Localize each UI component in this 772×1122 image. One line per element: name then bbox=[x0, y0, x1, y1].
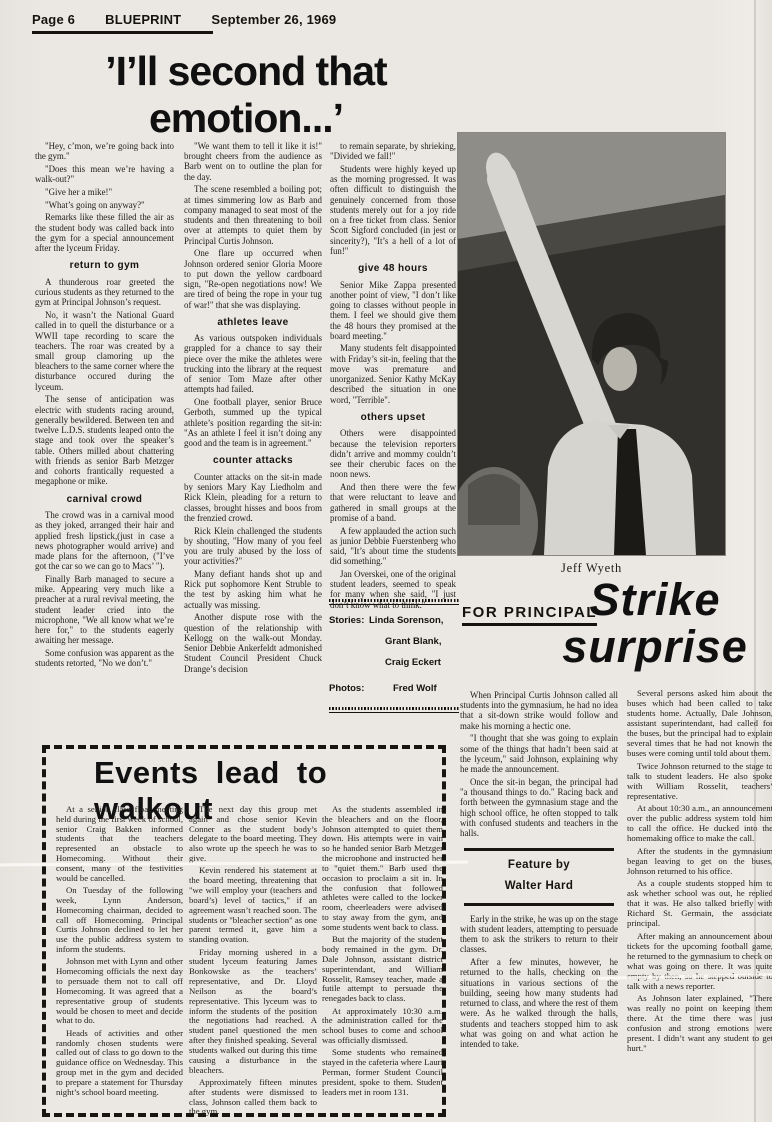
credits-stories-row: Grant Blank, bbox=[329, 636, 459, 647]
divider-rule bbox=[464, 903, 614, 906]
paragraph: "Hey, c’mon, we’re going back into the g… bbox=[35, 141, 174, 161]
paragraph: Johnson met with Lynn and other Homecomi… bbox=[56, 957, 183, 1026]
paragraph: Counter attacks on the sit-in made by se… bbox=[184, 472, 322, 523]
feature-column-1: When Principal Curtis Johnson called all… bbox=[460, 690, 618, 1052]
events-column-1: At a senior class float meeting held dur… bbox=[56, 805, 183, 1100]
paragraph: As various outspoken individuals grapple… bbox=[184, 333, 322, 394]
feature-headline: Strike surprise bbox=[536, 577, 772, 671]
paper-name: BLUEPRINT bbox=[105, 12, 181, 27]
paragraph: The next day this group met again and ch… bbox=[189, 805, 317, 864]
paragraph: As Johnson later explained, "There was r… bbox=[627, 993, 772, 1053]
paragraph: As the students assembled in the bleache… bbox=[322, 805, 443, 933]
section-subhead: athletes leave bbox=[184, 317, 322, 329]
paragraph: As a couple students stopped him to ask … bbox=[627, 878, 772, 928]
byline-text: Feature by bbox=[460, 859, 618, 872]
paragraph: Finally Barb managed to secure a mike. A… bbox=[35, 574, 174, 646]
credits-photos-row: Photos: Fred Wolf bbox=[329, 683, 459, 694]
paragraph: Senior Mike Zappa presented another poin… bbox=[330, 280, 456, 341]
paragraph: Once the sit-in began, the principal had… bbox=[460, 777, 618, 838]
photo-credit: Fred Wolf bbox=[393, 683, 437, 694]
paragraph: When Principal Curtis Johnson called all… bbox=[460, 690, 618, 731]
newspaper-page: Page 6 BLUEPRINT September 26, 1969 ’I’l… bbox=[0, 0, 772, 1122]
paragraph: One flare up occurred when Johnson order… bbox=[184, 248, 322, 309]
paragraph: Many defiant hands shot up and Rick put … bbox=[184, 569, 322, 610]
events-column-2: The next day this group met again and ch… bbox=[189, 805, 317, 1120]
paragraph: The scene resembled a boiling pot; at ti… bbox=[184, 184, 322, 245]
page-number: Page 6 bbox=[32, 12, 75, 27]
paragraph: No, it wasn’t the National Guard called … bbox=[35, 310, 174, 392]
paragraph: "Does this mean we’re having a walk-out?… bbox=[35, 164, 174, 184]
paragraph: "We want them to tell it like it is!" br… bbox=[184, 141, 322, 182]
paragraph: "I thought that she was going to explain… bbox=[460, 733, 618, 774]
photos-label: Photos: bbox=[329, 683, 369, 694]
feature-column-2: Several persons asked him about the buse… bbox=[627, 688, 772, 1056]
section-subhead: carnival crowd bbox=[35, 494, 174, 506]
section-subhead: give 48 hours bbox=[330, 263, 456, 275]
paragraph: Rick Klein challenged the students by sh… bbox=[184, 526, 322, 567]
paragraph: The sense of anticipation was electric w… bbox=[35, 394, 174, 486]
paragraph: The crowd was in a carnival mood as they… bbox=[35, 510, 174, 571]
paragraph: Another dispute rose with the question o… bbox=[184, 612, 322, 673]
section-subhead: others upset bbox=[330, 412, 456, 424]
paragraph: On Tuesday of the following week, Lynn A… bbox=[56, 886, 183, 955]
article-column-2: "We want them to tell it like it is!" br… bbox=[184, 141, 322, 676]
paragraph: to remain separate, by shrieking, "Divid… bbox=[330, 141, 456, 161]
paragraph: Others were disappointed because the tel… bbox=[330, 428, 456, 479]
header-rule bbox=[32, 31, 213, 34]
credits-stories-row: Craig Eckert bbox=[329, 657, 459, 668]
paragraph: After making an announcement about ticke… bbox=[627, 931, 772, 991]
stories-label: Stories: bbox=[329, 615, 369, 626]
raised-arm-photo-illustration bbox=[458, 133, 725, 555]
paragraph: After a few minutes, however, he returne… bbox=[460, 957, 618, 1049]
paragraph: But the majority of the student body rem… bbox=[322, 935, 443, 1004]
dotted-rule-bottom bbox=[329, 707, 459, 713]
paragraph: Heads of activities and other randomly c… bbox=[56, 1029, 183, 1098]
paragraph: Students were highly keyed up as the mor… bbox=[330, 164, 456, 256]
article-column-1: "Hey, c’mon, we’re going back into the g… bbox=[35, 141, 174, 671]
student-photo bbox=[458, 133, 725, 555]
divider-rule bbox=[464, 848, 614, 851]
paragraph: And then there were the few that were re… bbox=[330, 482, 456, 523]
feature-headline-line: Strike bbox=[536, 577, 772, 624]
paragraph: Many students felt disappointed with Fri… bbox=[330, 343, 456, 404]
section-subhead: counter attacks bbox=[184, 455, 322, 467]
paragraph: Approximately fifteen minutes after stud… bbox=[189, 1078, 317, 1117]
story-credit: Craig Eckert bbox=[385, 657, 441, 668]
feature-headline-line: surprise bbox=[536, 624, 772, 671]
paragraph: "Give her a mike!" bbox=[35, 187, 174, 197]
paragraph: A thunderous roar greeted the curious st… bbox=[35, 277, 174, 308]
events-box: Events lead to walkout At a senior class… bbox=[42, 745, 446, 1117]
paragraph: Twice Johnson returned to the stage to t… bbox=[627, 761, 772, 801]
paragraph: A few applauded the action such as junio… bbox=[330, 526, 456, 567]
paragraph: Some students who remained stayed in the… bbox=[322, 1048, 443, 1097]
paragraph: At approximately 10:30 a.m. the administ… bbox=[322, 1007, 443, 1046]
paragraph: Kevin rendered his statement at the boar… bbox=[189, 866, 317, 945]
events-column-3: As the students assembled in the bleache… bbox=[322, 805, 443, 1100]
article-column-3: to remain separate, by shrieking, "Divid… bbox=[330, 141, 456, 612]
paragraph: At about 10:30 a.m., an announcement ove… bbox=[627, 803, 772, 843]
page-header: Page 6 BLUEPRINT September 26, 1969 bbox=[32, 12, 336, 27]
paragraph: Some confusion was apparent as the stude… bbox=[35, 648, 174, 668]
paragraph: Early in the strike, he was up on the st… bbox=[460, 914, 618, 955]
dotted-rule-top bbox=[329, 599, 459, 605]
credits-box: Stories: Linda Sorenson, Grant Blank, Cr… bbox=[329, 599, 459, 713]
paragraph: One football player, senior Bruce Gerbot… bbox=[184, 397, 322, 448]
section-subhead: return to gym bbox=[35, 260, 174, 272]
paragraph: "What’s going on anyway?" bbox=[35, 200, 174, 210]
main-headline: ’I’ll second that emotion...’ bbox=[26, 48, 466, 142]
paragraph: Friday morning ushered in a student lyce… bbox=[189, 948, 317, 1076]
paragraph: Several persons asked him about the buse… bbox=[627, 688, 772, 758]
story-credit: Grant Blank, bbox=[385, 636, 442, 647]
paragraph: Remarks like these filled the air as the… bbox=[35, 212, 174, 253]
paragraph: After the students in the gymnasium bega… bbox=[627, 846, 772, 876]
credits-stories-row: Stories: Linda Sorenson, bbox=[329, 615, 459, 626]
story-credit: Linda Sorenson, bbox=[369, 615, 443, 626]
paragraph: At a senior class float meeting held dur… bbox=[56, 805, 183, 884]
issue-date: September 26, 1969 bbox=[211, 12, 336, 27]
byline-text: Walter Hard bbox=[460, 880, 618, 893]
